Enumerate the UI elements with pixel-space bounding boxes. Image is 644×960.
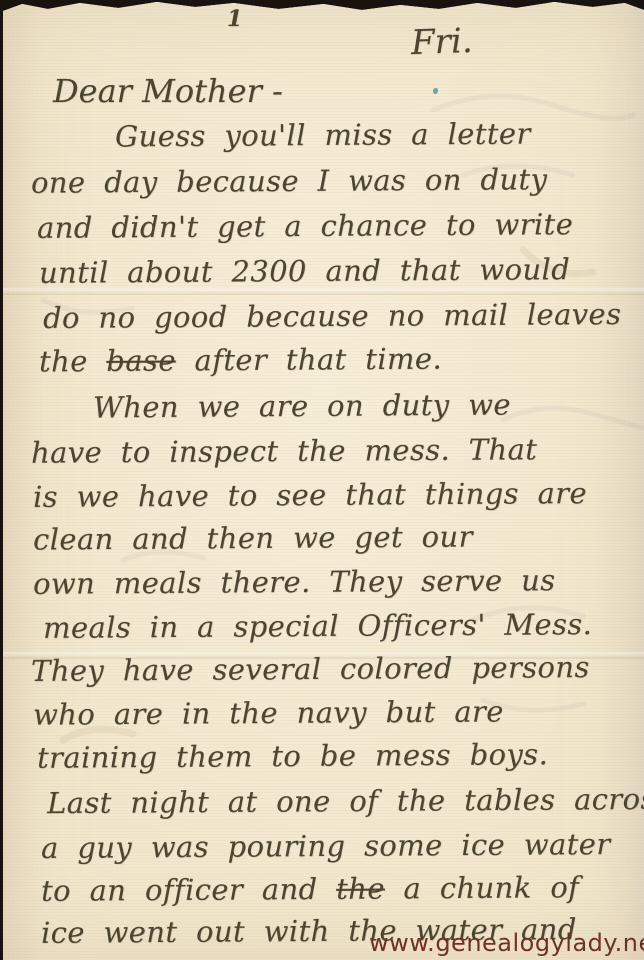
handwritten-line: meals in a special Officers' Mess. bbox=[43, 607, 592, 645]
scanned-letter-page: 1 Fri. Dear Mother - Guess you'll miss a… bbox=[0, 0, 644, 960]
handwritten-text: have to inspect the mess. That bbox=[31, 432, 538, 470]
handwritten-line: the base after that time. bbox=[39, 342, 442, 379]
handwritten-text: a chunk of bbox=[385, 870, 580, 905]
handwritten-text: after that time. bbox=[176, 342, 442, 378]
handwritten-text: is we have to see that things are bbox=[33, 476, 587, 514]
handwritten-line: to an officer and the a chunk of bbox=[41, 870, 579, 908]
handwritten-text: and didn't get a chance to write bbox=[37, 207, 573, 245]
handwritten-line: own meals there. They serve us bbox=[33, 563, 556, 601]
handwritten-text: meals in a special Officers' Mess. bbox=[43, 607, 592, 645]
handwritten-line: They have several colored persons bbox=[31, 650, 590, 688]
handwritten-line: Guess you'll miss a letter bbox=[115, 117, 531, 154]
salutation: Dear Mother - bbox=[53, 72, 283, 110]
handwritten-line: training them to be mess boys. bbox=[37, 737, 548, 775]
handwritten-line: and didn't get a chance to write bbox=[37, 207, 573, 245]
handwritten-line: clean and then we get our bbox=[33, 519, 473, 556]
handwritten-text: Last night at one of the tables across bbox=[47, 782, 644, 820]
handwritten-line: have to inspect the mess. That bbox=[31, 432, 538, 470]
handwritten-text: until about 2300 and that would bbox=[39, 252, 570, 290]
handwritten-text: clean and then we get our bbox=[33, 519, 473, 556]
handwritten-text: a guy was pouring some ice water bbox=[41, 827, 611, 865]
handwritten-text: When we are on duty we bbox=[93, 388, 511, 425]
handwritten-line: is we have to see that things are bbox=[33, 476, 587, 514]
handwritten-text: who are in the navy but are bbox=[33, 694, 504, 731]
struck-word: the bbox=[336, 871, 385, 905]
handwritten-line: one day because I was on duty bbox=[31, 162, 548, 200]
page-number: 1 bbox=[227, 6, 242, 32]
handwritten-text: one day because I was on duty bbox=[31, 162, 548, 200]
handwritten-line: a guy was pouring some ice water bbox=[41, 827, 611, 865]
handwritten-text: They have several colored persons bbox=[31, 650, 590, 688]
ink-speck bbox=[433, 88, 438, 94]
handwritten-line: who are in the navy but are bbox=[33, 694, 504, 731]
handwritten-text: training them to be mess boys. bbox=[37, 737, 548, 775]
handwritten-text: own meals there. They serve us bbox=[33, 563, 556, 601]
date-line: Fri. bbox=[410, 21, 473, 63]
handwritten-line: do no good because no mail leaves bbox=[43, 297, 622, 335]
handwritten-text: do no good because no mail leaves bbox=[43, 297, 622, 335]
handwritten-text: the bbox=[39, 344, 107, 378]
struck-word: base bbox=[106, 343, 176, 377]
handwritten-line: Last night at one of the tables across bbox=[47, 782, 644, 820]
handwritten-line: until about 2300 and that would bbox=[39, 252, 570, 290]
handwritten-text: to an officer and bbox=[41, 872, 336, 908]
letter-paper: 1 Fri. Dear Mother - Guess you'll miss a… bbox=[3, 0, 644, 960]
handwritten-text: Guess you'll miss a letter bbox=[115, 117, 531, 154]
watermark-text: www.genealogylady.net bbox=[369, 929, 644, 957]
handwritten-line: When we are on duty we bbox=[93, 388, 511, 425]
